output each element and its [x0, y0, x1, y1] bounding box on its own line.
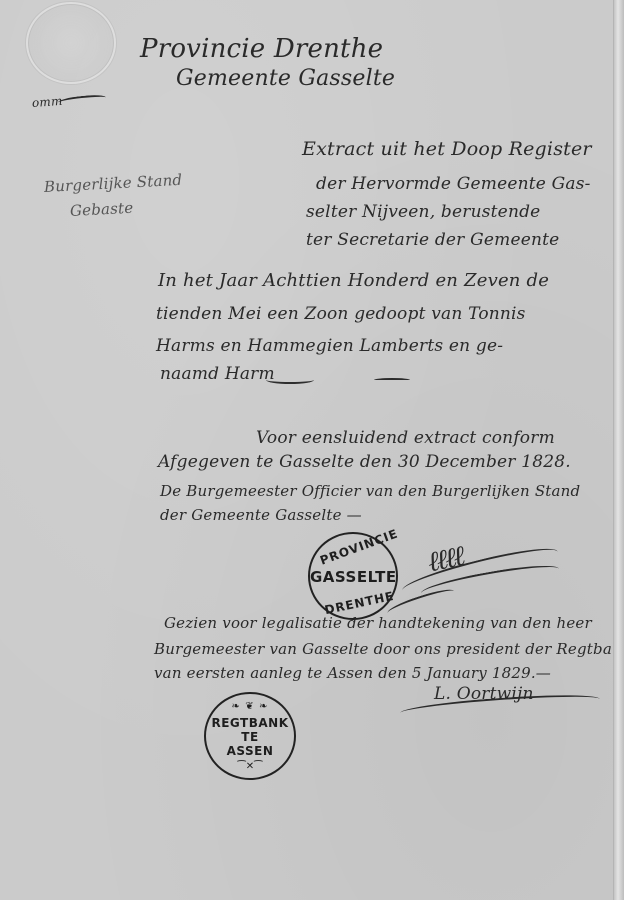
cert-line-3: De Burgemeester Officier van den Burgerl…	[160, 482, 580, 500]
stamp-province-center: GASSELTE	[310, 568, 396, 586]
document-page: Provincie Drenthe Gemeente Gasselte omm …	[0, 0, 614, 900]
cert-line-1: Voor eensluidend extract conform	[256, 428, 555, 448]
stamp-court-line2: TE	[206, 730, 294, 744]
legalization-line-1: Gezien voor legalisatie der handtekening…	[164, 614, 592, 632]
stamp-province-bottom: DRENTHE	[323, 589, 395, 617]
stamp-province-top: PROVINCIE	[318, 526, 400, 567]
title-line-4: ter Secretarie der Gemeente	[306, 230, 559, 250]
page-edge	[613, 0, 624, 900]
cert-line-4: der Gemeente Gasselte —	[160, 506, 362, 524]
margin-note-line2: Gebaste	[70, 199, 134, 220]
title-line-3: selter Nijveen, berustende	[306, 202, 540, 222]
stamp-province-gasselte: PROVINCIE GASSELTE DRENTHE	[308, 532, 398, 620]
mark-line	[58, 94, 107, 107]
name-underline	[266, 376, 314, 384]
header-province: Provincie Drenthe	[140, 34, 383, 64]
title-line-1: Extract uit het Doop Register	[302, 138, 592, 160]
stamp-ornament-bottom: ⁀✕⁀	[206, 762, 294, 772]
body-end-dash	[374, 378, 410, 382]
body-line-3: Harms en Hammegien Lamberts en ge-	[156, 336, 503, 356]
stamp-ornament-top: ❧ ❦ ❧	[206, 702, 294, 712]
body-line-2: tienden Mei een Zoon gedoopt van Tonnis	[156, 304, 526, 324]
cert-line-2: Afgegeven te Gasselte den 30 December 18…	[158, 452, 571, 472]
margin-note-line1: Burgerlijke Stand	[44, 171, 183, 196]
stamp-court-line3: ASSEN	[206, 744, 294, 758]
legalization-line-2: Burgemeester van Gasselte door ons presi…	[154, 640, 624, 658]
stamp-court-line1: REGTBANK	[206, 716, 294, 730]
body-line-1: In het Jaar Achttien Honderd en Zeven de	[158, 270, 549, 291]
embossed-seal	[26, 2, 116, 84]
body-line-4: naamd Harm	[160, 364, 275, 384]
title-line-2: der Hervormde Gemeente Gas-	[316, 174, 591, 194]
legalization-line-3: van eersten aanleg te Assen den 5 Januar…	[154, 664, 551, 682]
stamp-regtbank-assen: ❧ ❦ ❧ REGTBANK TE ASSEN ⁀✕⁀	[204, 692, 296, 780]
header-municipality: Gemeente Gasselte	[176, 66, 395, 91]
